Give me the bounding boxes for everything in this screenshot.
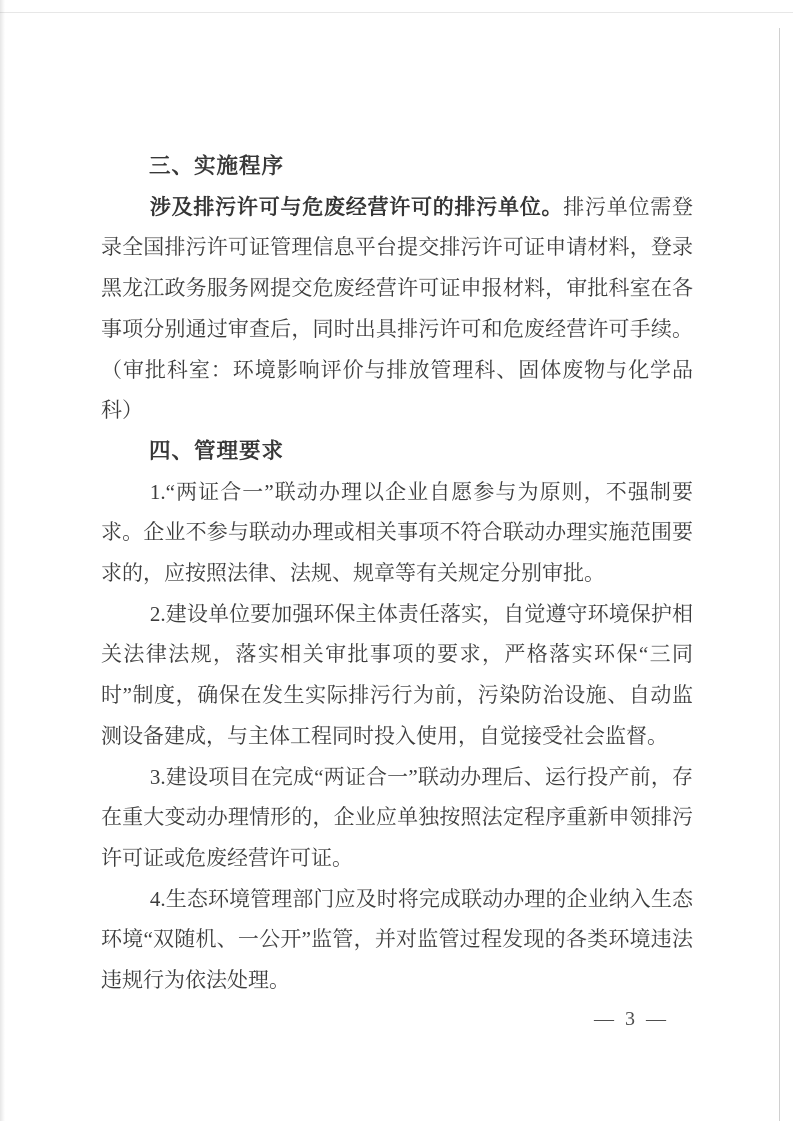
management-item-1: 1.“两证合一”联动办理以企业自愿参与为原则，不强制要求。企业不参与联动办理或相… [101,472,693,594]
paragraph-lead-bold-text: 涉及排污许可与危废经营许可的排污单位。 [150,195,563,219]
paragraph-body-text: 排污单位需登录全国排污许可证管理信息平台提交排污许可证申请材料，登录黑龙江政务服… [101,195,693,423]
scan-artifact-left-edge [0,0,5,1121]
page-number: — 3 — [594,1008,669,1031]
scanned-document-page: 三、实施程序 涉及排污许可与危废经营许可的排污单位。排污单位需登录全国排污许可证… [0,0,793,1121]
paragraph-permit-linked-units: 涉及排污许可与危废经营许可的排污单位。排污单位需登录全国排污许可证管理信息平台提… [101,187,693,431]
management-item-3: 3.建设项目在完成“两证合一”联动办理后、运行投产前，存在重大变动办理情形的，企… [101,757,693,879]
document-body: 三、实施程序 涉及排污许可与危废经营许可的排污单位。排污单位需登录全国排污许可证… [101,146,693,1001]
management-item-4: 4.生态环境管理部门应及时将完成联动办理的企业纳入生态环境“双随机、一公开”监管… [101,879,693,1001]
management-item-2: 2.建设单位要加强环保主体责任落实，自觉遵守环境保护相关法律法规，落实相关审批事… [101,594,693,757]
scan-artifact-top-line [0,12,793,13]
section-heading-implementation-procedure: 三、实施程序 [101,146,693,187]
section-heading-management-requirements: 四、管理要求 [101,431,693,472]
scan-artifact-right-line [779,28,780,1121]
